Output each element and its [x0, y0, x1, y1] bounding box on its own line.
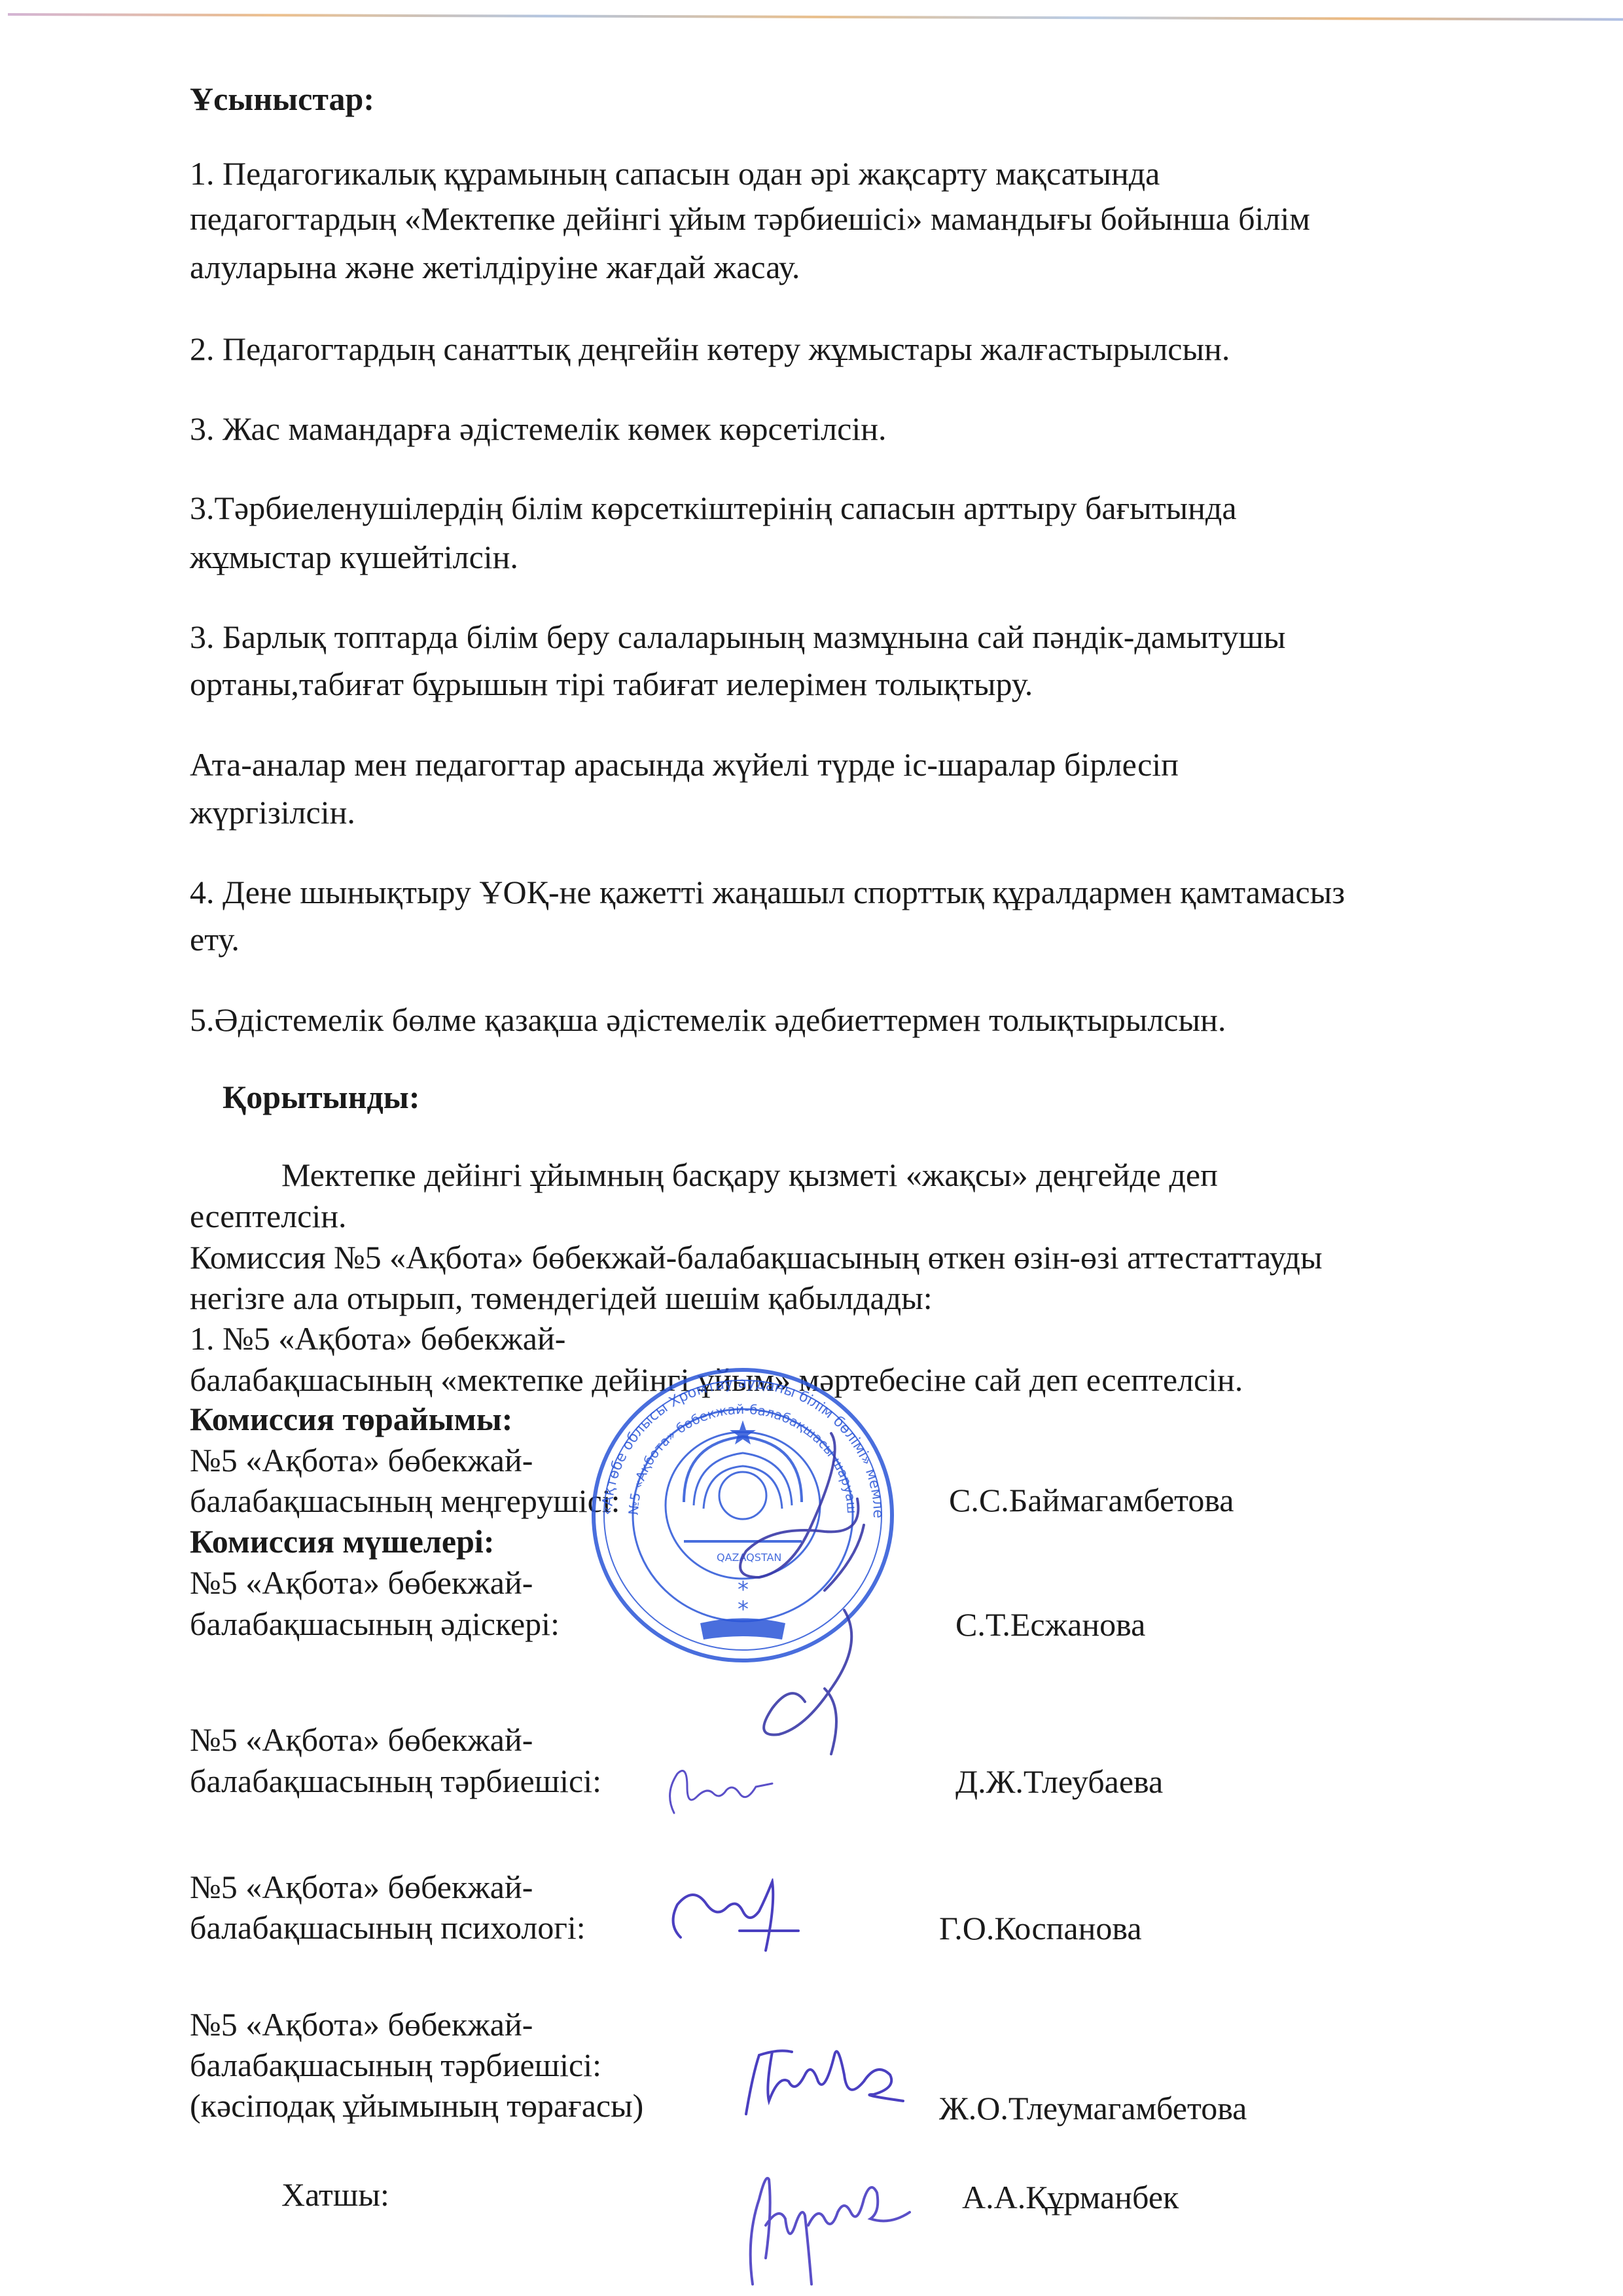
members-heading: Комиссия мүшелері:	[190, 1520, 494, 1563]
recommendation-7-line-2: ету.	[190, 918, 240, 961]
chair-signature-icon	[733, 1427, 877, 1767]
member-2-org-line: №5 «Ақбота» бөбекжай-	[190, 1718, 533, 1761]
conclusion-heading: Қорытынды:	[223, 1075, 420, 1119]
recommendation-5-line-1: 3. Барлық топтарда білім беру салаларыны…	[190, 615, 1286, 658]
member-3-role: балабақшасының психологі:	[190, 1906, 586, 1949]
chair-role: балабақшасының меңгерушісі:	[190, 1479, 620, 1522]
secretary-signature-icon	[740, 2160, 916, 2291]
recommendation-6-line-2: жүргізілсін.	[190, 791, 355, 834]
member-3-signature-icon	[661, 1878, 805, 1957]
recommendation-3: 3. Жас мамандарға әдістемелік көмек көрс…	[190, 407, 886, 450]
member-2-role: балабақшасының тәрбиешісі:	[190, 1759, 601, 1803]
conclusion-line-2: есептелсін.	[190, 1194, 347, 1238]
member-1-role: балабақшасының әдіскері:	[190, 1602, 560, 1645]
recommendation-4-line-1: 3.Тәрбиеленушілердің білім көрсеткіштері…	[190, 486, 1237, 529]
chair-org-line: №5 «Ақбота» бөбекжай-	[190, 1439, 533, 1482]
conclusion-line-5: 1. №5 «Ақбота» бөбекжай-	[190, 1317, 565, 1360]
recommendation-6-line-1: Ата-аналар мен педагогтар арасында жүйел…	[190, 743, 1179, 786]
recommendations-heading: Ұсыныстар:	[190, 77, 374, 120]
secretary-name: А.А.Құрманбек	[962, 2178, 1179, 2216]
recommendation-8: 5.Әдістемелік бөлме қазақша әдістемелік …	[190, 998, 1226, 1041]
member-4-role: балабақшасының тәрбиешісі:	[190, 2043, 601, 2087]
secretary-role: Хатшы:	[281, 2173, 389, 2216]
scan-edge-line	[8, 13, 1623, 21]
recommendation-1-line-2: педагогтардың «Мектепке дейінгі ұйым тәр…	[190, 197, 1310, 240]
member-3-name: Г.О.Коспанова	[939, 1909, 1142, 1947]
member-2-signature-icon	[661, 1761, 779, 1820]
recommendation-4-line-2: жұмыстар күшейтілсін.	[190, 535, 518, 579]
member-3-org-line: №5 «Ақбота» бөбекжай-	[190, 1865, 533, 1909]
chair-heading: Комиссия төрайымы:	[190, 1397, 512, 1441]
chair-name: С.С.Баймагамбетова	[949, 1481, 1234, 1519]
recommendation-2: 2. Педагогтардың санаттық деңгейін көтер…	[190, 327, 1230, 370]
member-4-org-line: №5 «Ақбота» бөбекжай-	[190, 2003, 533, 2046]
recommendation-1-line-1: 1. Педагогикалық құрамының сапасын одан …	[190, 152, 1160, 195]
member-1-org-line: №5 «Ақбота» бөбекжай-	[190, 1561, 533, 1604]
conclusion-line-1: Мектепке дейінгі ұйымның басқару қызметі…	[281, 1153, 1218, 1196]
member-2-name: Д.Ж.Тлеубаева	[955, 1763, 1163, 1801]
member-4-signature-icon	[740, 2036, 910, 2121]
member-1-name: С.Т.Есжанова	[955, 1605, 1145, 1643]
recommendation-1-line-3: алуларына және жетілдіруіне жағдай жасау…	[190, 245, 800, 289]
conclusion-line-4: негізге ала отырып, төмендегідей шешім қ…	[190, 1276, 933, 1319]
recommendation-7-line-1: 4. Дене шынықтыру ҰОҚ-не қажетті жаңашыл…	[190, 870, 1345, 914]
conclusion-line-3: Комиссия №5 «Ақбота» бөбекжай-балабақшас…	[190, 1236, 1323, 1279]
recommendation-5-line-2: ортаны,табиғат бұрышын тірі табиғат иеле…	[190, 662, 1033, 706]
member-4-name: Ж.О.Тлеумагамбетова	[939, 2089, 1247, 2127]
member-4-role-note: (кәсіподақ ұйымының төрағасы)	[190, 2084, 643, 2127]
